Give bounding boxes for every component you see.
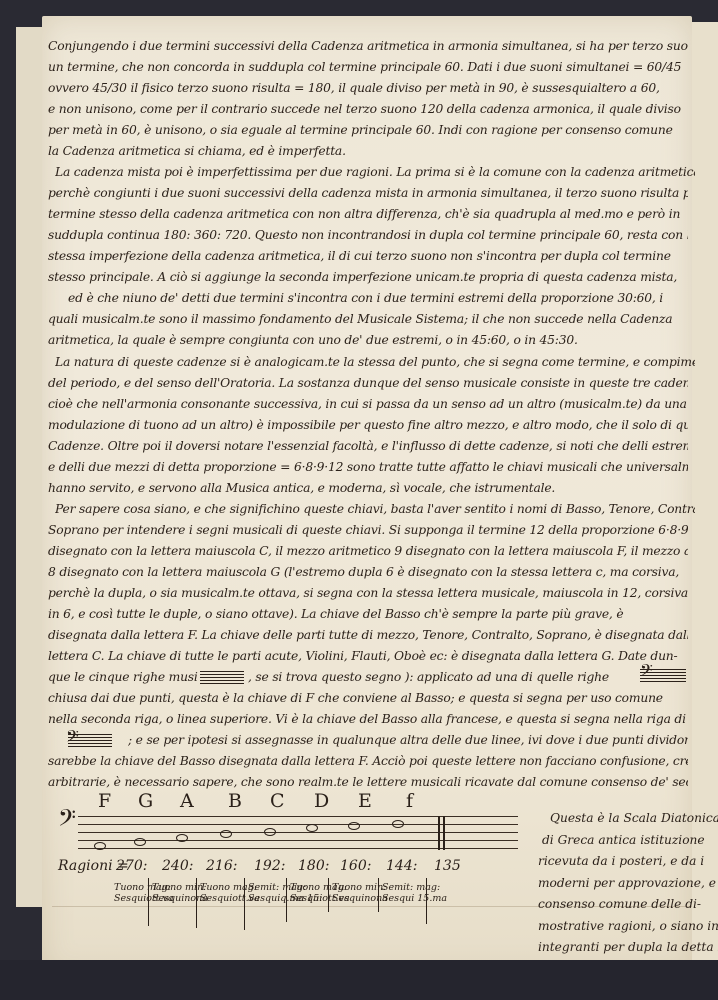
interval-cell: Tuono min: Sesquinona [332, 882, 388, 904]
ratio-value: 192: [254, 858, 285, 874]
note-letter: E [358, 790, 372, 812]
side-note-line: ricevuta da i posteri, e da i [538, 851, 698, 873]
text-line: 8 disegnato con la lettera maiuscola G (… [48, 562, 688, 582]
whole-note-icon [134, 838, 146, 846]
interval-cell: Semit: mag: Sesqui 15.ma [382, 882, 447, 904]
text-line: chiusa dai due punti, questa è la chiave… [48, 688, 688, 708]
text-line: stesso principale. A ciò si aggiunge la … [48, 267, 688, 287]
whole-note-icon [264, 828, 276, 836]
text-line: nella seconda riga, o linea superiore. V… [48, 709, 688, 729]
whole-note-icon [94, 842, 106, 850]
ratio-value: 270: [116, 858, 147, 874]
note-letter: A [180, 790, 194, 812]
double-barline [443, 816, 445, 850]
note-letter: B [228, 790, 242, 812]
ratio-value: 160: [340, 858, 371, 874]
note-letter: f [406, 790, 413, 812]
whole-note-icon [220, 830, 232, 838]
five-line-staff-icon [200, 670, 244, 684]
text-line: e non unisono, come per il contrario suc… [48, 99, 688, 119]
paragraph-start-line: Per sapere cosa siano, e che significhin… [55, 499, 695, 519]
musical-staff [78, 812, 518, 854]
side-note-line: Questa è la Scala Diatonica [538, 808, 698, 830]
ratio-value: 135 [434, 858, 461, 874]
text-line: perchè la dupla, o sia musicalm.te ottav… [48, 583, 688, 603]
whole-note-icon [348, 822, 360, 830]
whole-note-icon [306, 824, 318, 832]
side-note-line: di Greca antica istituzione [538, 830, 698, 852]
text-line: la Cadenza aritmetica si chiama, ed è im… [48, 141, 688, 161]
text-line: Conjungendo i due termini successivi del… [48, 36, 688, 56]
text-line: perchè congiunti i due suoni successivi … [48, 183, 688, 203]
text-line: Soprano per intendere i segni musicali d… [48, 520, 688, 540]
text-line: cioè che nell'armonia consonante success… [48, 394, 688, 414]
side-note-line: consenso comune delle di- [538, 894, 698, 916]
ratio-value: 144: [386, 858, 417, 874]
interval-name: Semit: mag: [382, 882, 447, 893]
side-note-line: moderni per approvazione, e [538, 873, 698, 895]
whole-note-icon [392, 820, 404, 828]
text-line: termine stesso della cadenza aritmetica … [48, 204, 688, 224]
text-line: del periodo, e del senso dell'Oratoria. … [48, 373, 688, 393]
ratio-value: 180: [298, 858, 329, 874]
diatonic-scale-diagram: F G A B C D E f 𝄢 Ragioni = 270: 240: 21… [58, 790, 528, 930]
text-line: ed è che niuno de' detti due termini s'i… [68, 288, 708, 308]
ratio-value: 216: [206, 858, 237, 874]
paragraph-start-line: La cadenza mista poi è imperfettissima p… [55, 162, 695, 182]
text-line: modulazione di tuono ad un altro) è impo… [48, 415, 688, 435]
text-line: e delli due mezzi di detta proporzione =… [48, 457, 688, 477]
text-line: stessa imperfezione della cadenza aritme… [48, 246, 688, 266]
note-letter: D [314, 790, 329, 812]
side-note: Questa è la Scala Diatonica di Greca ant… [538, 808, 698, 959]
interval-name: Tuono min: [332, 882, 388, 893]
whole-note-icon [176, 834, 188, 842]
bass-clef-icon: 𝄢 [58, 804, 76, 838]
ratio-row: Ragioni = 270: 240: 216: 192: 180: 160: … [58, 858, 538, 878]
interval-ratio-name: Sesqui 15.ma [382, 893, 447, 904]
text-line: que le cinque righe musicali [48, 667, 198, 687]
text-line: aritmetica, la quale è sempre congiunta … [48, 330, 688, 350]
interval-ratio-name: Sesquinona [332, 893, 388, 904]
text-line: lettera C. La chiave di tutte le parti a… [48, 646, 688, 666]
note-letter-row: F G A B C D E f [98, 790, 478, 812]
text-line: in 6, e così tutte le duple, o siano ott… [48, 604, 688, 624]
side-note-line: mostrative ragioni, o siano intervalli [538, 916, 698, 938]
text-line: Cadenze. Oltre poi il doversi notare l'e… [48, 436, 688, 456]
scan-background-bottom [0, 960, 718, 1000]
text-line: ovvero 45/30 il fisico terzo suono risul… [48, 78, 688, 98]
text-line: disegnata dalla lettera F. La chiave del… [48, 625, 688, 645]
five-line-staff-icon [68, 733, 112, 747]
text-line: un termine, che non concorda in suddupla… [48, 57, 688, 77]
text-line: suddupla continua 180: 360: 720. Questo … [48, 225, 688, 245]
paragraph-start-line: La natura di queste cadenze si è analogi… [55, 352, 695, 372]
note-letter: G [138, 790, 153, 812]
text-line: disegnato con la lettera maiuscola C, il… [48, 541, 688, 561]
text-line: , se si trova questo segno ): applicato … [248, 667, 638, 687]
double-barline [438, 816, 440, 850]
note-letter: C [270, 790, 285, 812]
ratio-value: 240: [162, 858, 193, 874]
text-line: ; e se per ipotesi si assegnasse in qual… [128, 730, 688, 750]
text-line: arbitrarie, è necessario sapere, che son… [48, 772, 688, 792]
side-note-line: integranti per dupla la detta Scala. [538, 937, 698, 959]
text-line: sarebbe la chiave del Basso disegnata da… [48, 751, 688, 771]
text-line: per metà in 60, è unisono, o sia eguale … [48, 120, 688, 140]
text-line: hanno servito, e servono alla Musica ant… [48, 478, 688, 498]
note-letter: F [98, 790, 111, 812]
five-line-staff-icon [640, 668, 686, 682]
text-line: quali musicalm.te sono il massimo fondam… [48, 309, 688, 329]
